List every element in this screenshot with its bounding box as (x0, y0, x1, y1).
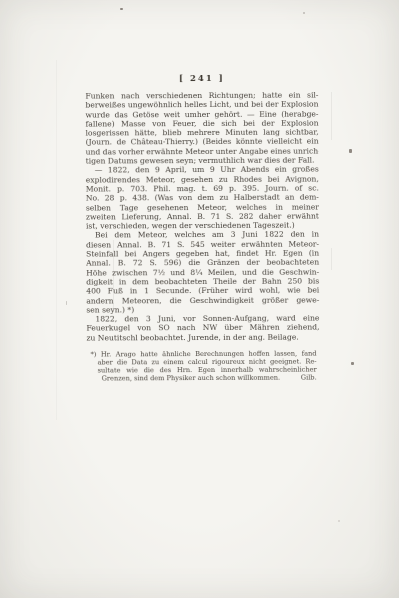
ink-speck (351, 362, 354, 365)
page-number: [ 241 ] (85, 73, 318, 84)
body-text: Funken nach verschiedenen Richtungen; ha… (85, 90, 319, 342)
text-line: Annal. B. 72 S. 596) die Gränzen der beo… (86, 258, 319, 268)
page-crease (331, 248, 332, 270)
page-crease (331, 92, 332, 140)
footnote-last-line: Grenzen, sind dem Physiker auch schon wi… (91, 374, 317, 383)
ink-speck (120, 8, 123, 10)
text-line: 400 Fuß in 1 Secunde. (Früher wird wohl,… (86, 286, 319, 296)
scanned-book-page: [ 241 ] Funken nach verschiedenen Richtu… (0, 0, 399, 598)
page-crease (56, 60, 57, 420)
ink-speck (66, 301, 67, 305)
text-line: zu Neutitschl beobachtet. Jurende, in de… (86, 332, 319, 342)
editor-signature: Gilb. (301, 374, 317, 382)
text-block: [ 241 ] Funken nach verschiedenen Richtu… (85, 73, 319, 382)
footnote: *) Hr. Arago hatte ähnliche Berechnungen… (87, 350, 320, 383)
text-line: andern Meteoren, die Geschwindigkeit grö… (86, 295, 319, 305)
ink-speck (338, 520, 340, 522)
text-line: berweißes ungewöhnlich helles Licht, und… (85, 100, 318, 110)
ink-speck (349, 149, 352, 153)
ink-speck (303, 12, 305, 14)
text-line: No. 28 p. 438. (Was von dem zu Halbersta… (86, 193, 319, 203)
footnote-text: Grenzen, sind dem Physiker auch schon wi… (102, 374, 281, 383)
